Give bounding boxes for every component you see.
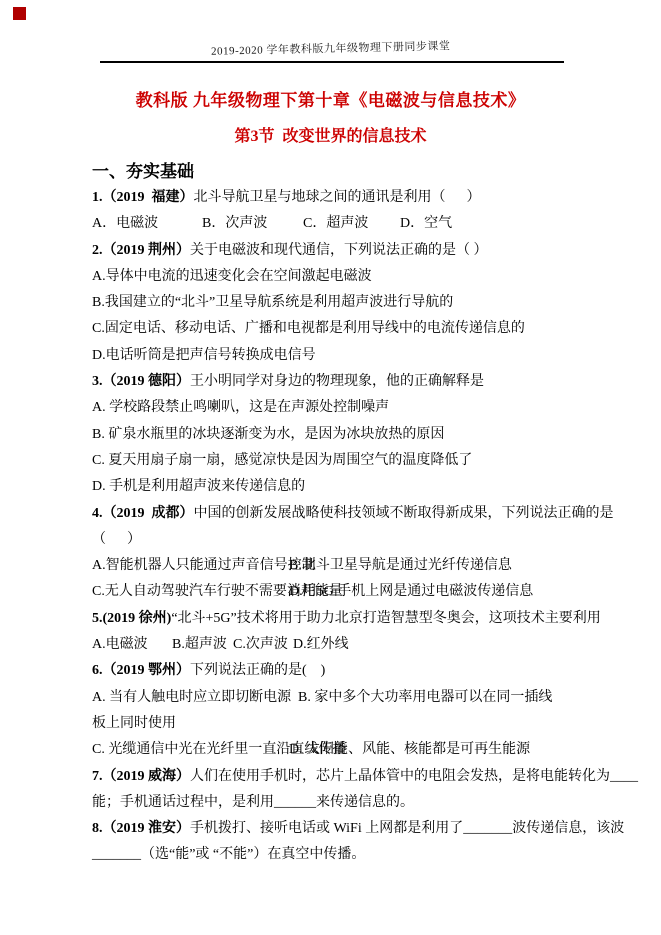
line-text: 人们在使用手机时，芯片上晶体管中的电阻会发热，是将电能转化为____ [190,769,638,784]
option-item: C．超声波 [303,211,400,237]
option-item: B.北斗卫星导航是通过光纤传递信息 [289,553,512,579]
line-text: “北斗+5G”技术将用于助力北京打造智慧型冬奥会，这项技术主要利用 [171,611,600,626]
text-line: A.导体中电流的迅速变化会在空间激起电磁波 [92,264,574,290]
question-number-and-source: 5.(2019 徐州) [92,611,171,626]
question-number-and-source: 6.（2019 鄂州） [92,663,190,678]
option-row: A.电磁波B.超声波C.次声波D.红外线 [92,632,574,658]
option-item: A. 当有人触电时应立即切断电源 [92,685,298,711]
question-list: 1.（2019 福建）北斗导航卫星与地球之间的通讯是利用（ ）A．电磁波B．次声… [92,185,574,869]
question-stem: 7.（2019 威海）人们在使用手机时，芯片上晶体管中的电阻会发热，是将电能转化… [92,764,574,790]
text-line: A. 学校路段禁止鸣喇叭，这是在声源处控制噪声 [92,395,574,421]
document-subtitle: 第3节 改变世界的信息技术 [0,123,661,146]
question-stem: 8.（2019 淮安）手机拨打、接听电话或 WiFi 上网都是利用了______… [92,816,574,842]
line-text: 王小明同学对身边的物理现象，他的正确解释是 [190,374,484,389]
option-item: A.电磁波 [92,632,172,658]
text-line: B. 矿泉水瓶里的冰块逐渐变为水，是因为冰块放热的原因 [92,422,574,448]
header-watermark: 2019-2020 学年教科版九年级物理下册同步课堂 [0,40,661,56]
question-number-and-source: 3.（2019 德阳） [92,374,190,389]
line-text: D. 手机是利用超声波来传递信息的 [92,479,305,494]
text-line: B.我国建立的“北斗”卫星导航系统是利用超声波进行导航的 [92,290,574,316]
text-line: C. 夏天用扇子扇一扇，感觉凉快是因为周围空气的温度降低了 [92,448,574,474]
line-text: 手机拨打、接听电话或 WiFi 上网都是利用了_______波传递信息，该波 [190,821,624,836]
option-item: D.红外线 [293,632,349,658]
option-item: D．空气 [400,211,452,237]
line-text: （ ） [92,532,141,547]
question-number-and-source: 7.（2019 威海） [92,769,190,784]
text-line: D.电话听筒是把声信号转换成电信号 [92,343,574,369]
question-stem: 1.（2019 福建）北斗导航卫星与地球之间的通讯是利用（ ） [92,185,574,211]
option-row: A.智能机器人只能通过声音信号控制B.北斗卫星导航是通过光纤传递信息 [92,553,574,579]
option-row: A．电磁波B．次声波C．超声波D．空气 [92,211,574,237]
corner-red-square [13,7,26,20]
option-item: C.无人自动驾驶汽车行驶不需要消耗能量 [92,579,289,605]
option-item: D. 太阳能、风能、核能都是可再生能源 [289,737,530,763]
line-text: C.固定电话、移动电话、广播和电视都是利用导线中的电流传递信息的 [92,321,525,336]
line-text: 北斗导航卫星与地球之间的通讯是利用（ ） [194,190,481,205]
text-line: C.固定电话、移动电话、广播和电视都是利用导线中的电流传递信息的 [92,316,574,342]
option-row: A. 当有人触电时应立即切断电源B. 家中多个大功率用电器可以在同一插线 [92,685,574,711]
header-watermark-text: 2019-2020 学年教科版九年级物理下册同步课堂 [211,37,451,58]
option-row: C. 光缆通信中光在光纤里一直沿直线传播D. 太阳能、风能、核能都是可再生能源 [92,737,574,763]
text-line: 板上同时使用 [92,711,574,737]
question-number-and-source: 2.（2019 荆州） [92,243,190,258]
question-stem: 3.（2019 德阳）王小明同学对身边的物理现象，他的正确解释是 [92,369,574,395]
header-divider-line [100,61,564,63]
question-stem: 6.（2019 鄂州）下列说法正确的是( ) [92,658,574,684]
line-text: C. 夏天用扇子扇一扇，感觉凉快是因为周围空气的温度降低了 [92,453,472,468]
text-line: _______（选“能”或 “不能”）在真空中传播。 [92,842,574,868]
line-text: D.电话听筒是把声信号转换成电信号 [92,348,316,363]
document-title: 教科版 九年级物理下第十章《电磁波与信息技术》 [0,86,661,111]
option-item: B. 家中多个大功率用电器可以在同一插线 [298,685,552,711]
option-item: C. 光缆通信中光在光纤里一直沿直线传播 [92,737,289,763]
option-row: C.无人自动驾驶汽车行驶不需要消耗能量D.用5G 手机上网是通过电磁波传递信息 [92,579,574,605]
text-line: D. 手机是利用超声波来传递信息的 [92,474,574,500]
option-item: C.次声波 [233,632,293,658]
line-text: 中国的创新发展战略使科技领域不断取得新成果，下列说法正确的是 [194,506,614,521]
text-line: 能；手机通话过程中，是利用______来传递信息的。 [92,790,574,816]
line-text: 板上同时使用 [92,716,176,731]
option-item: A.智能机器人只能通过声音信号控制 [92,553,289,579]
question-stem: 2.（2019 荆州）关于电磁波和现代通信，下列说法正确的是（ ） [92,238,574,264]
worksheet-page: 2019-2020 学年教科版九年级物理下册同步课堂 教科版 九年级物理下第十章… [0,0,661,935]
line-text: 能；手机通话过程中，是利用______来传递信息的。 [92,795,414,810]
text-line: （ ） [92,527,574,553]
line-text: 下列说法正确的是( ) [190,663,325,678]
section-heading: 一、夯实基础 [92,157,194,182]
option-item: D.用5G 手机上网是通过电磁波传递信息 [289,579,533,605]
line-text: A.导体中电流的迅速变化会在空间激起电磁波 [92,269,372,284]
option-item: A．电磁波 [92,211,202,237]
line-text: B.我国建立的“北斗”卫星导航系统是利用超声波进行导航的 [92,295,453,310]
line-text: B. 矿泉水瓶里的冰块逐渐变为水，是因为冰块放热的原因 [92,427,444,442]
question-number-and-source: 1.（2019 福建） [92,190,194,205]
option-item: B．次声波 [202,211,303,237]
question-number-and-source: 8.（2019 淮安） [92,821,190,836]
line-text: A. 学校路段禁止鸣喇叭，这是在声源处控制噪声 [92,400,389,415]
option-item: B.超声波 [172,632,233,658]
line-text: 关于电磁波和现代通信，下列说法正确的是（ ） [190,243,488,258]
question-number-and-source: 4.（2019 成都） [92,506,194,521]
line-text: _______（选“能”或 “不能”）在真空中传播。 [92,847,365,862]
question-stem: 4.（2019 成都）中国的创新发展战略使科技领域不断取得新成果，下列说法正确的… [92,501,574,527]
question-stem: 5.(2019 徐州)“北斗+5G”技术将用于助力北京打造智慧型冬奥会，这项技术… [92,606,574,632]
